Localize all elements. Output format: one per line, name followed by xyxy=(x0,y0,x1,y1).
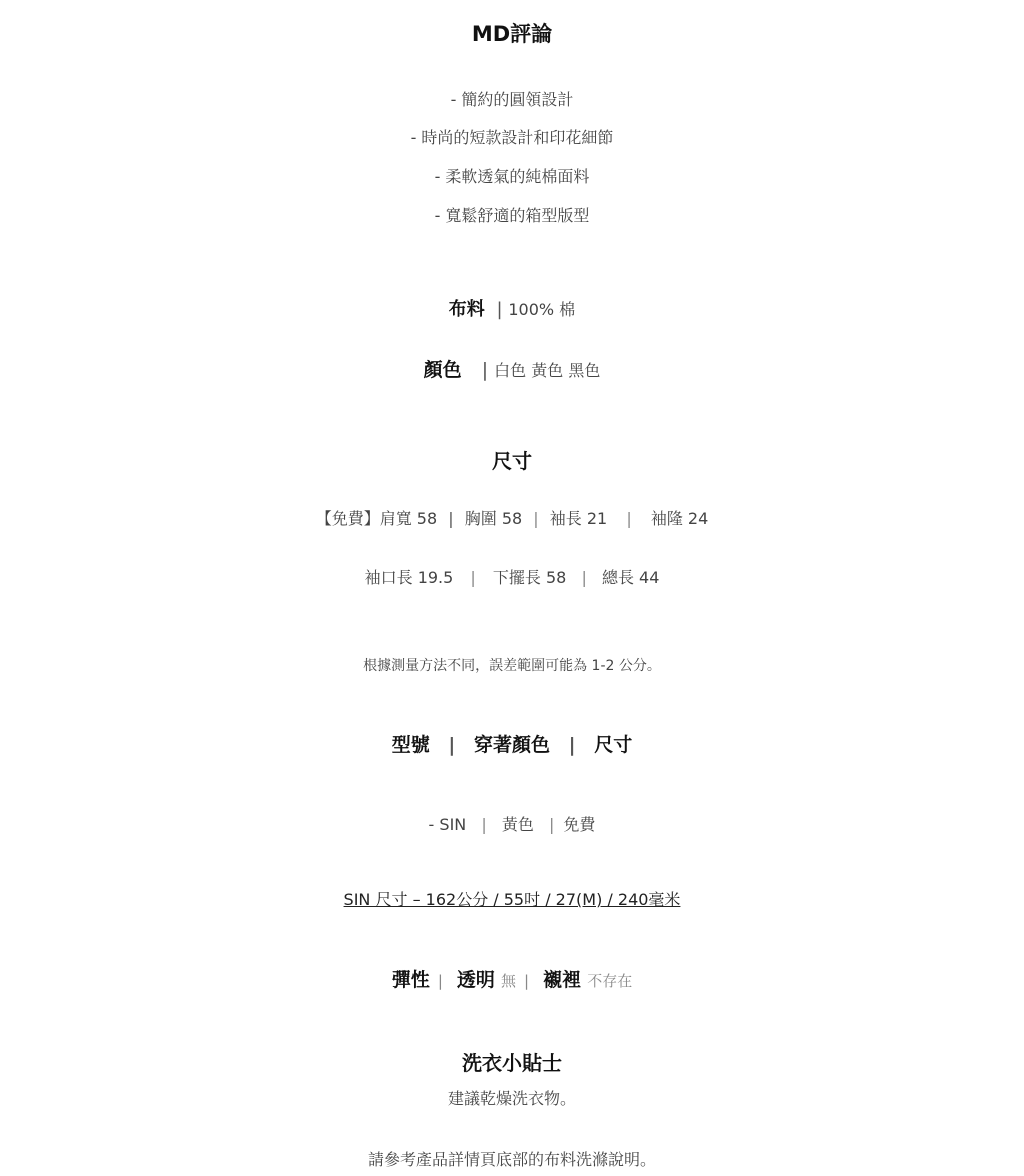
fabric-row: 布料 | 100% 棉 xyxy=(0,295,1024,321)
size-sleeve-length: 袖長 21 xyxy=(550,509,607,528)
separator: | xyxy=(497,299,503,320)
size-cuff: 袖口長 19.5 xyxy=(365,568,454,587)
md-review-point: - 寬鬆舒適的箱型版型 xyxy=(0,203,1024,226)
washing-note: 請參考產品詳情頁底部的布料洗滌說明。 xyxy=(0,1147,1024,1170)
separator: | xyxy=(569,734,576,756)
size-shoulder: 【免費】肩寬 58 xyxy=(316,509,437,528)
separator: | xyxy=(470,568,475,587)
md-review-title: MD評論 xyxy=(0,18,1024,48)
separator: | xyxy=(581,568,586,587)
separator: | xyxy=(524,972,529,990)
size-row-1: 【免費】肩寬 58 | 胸圍 58 | 袖長 21 | 袖隆 24 xyxy=(0,506,1024,529)
washing-title: 洗衣小貼士 xyxy=(0,1047,1024,1076)
size-total-length: 總長 44 xyxy=(602,568,659,587)
color-label: 顏色 xyxy=(424,359,462,381)
model-size: 免費 xyxy=(563,815,595,834)
lining-value: 不存在 xyxy=(587,972,632,990)
separator: | xyxy=(481,815,486,834)
fabric-label: 布料 xyxy=(449,299,485,320)
model-header-size: 尺寸 xyxy=(594,734,632,756)
color-value: 白色 黃色 黑色 xyxy=(494,361,600,380)
model-name: - SIN xyxy=(429,815,467,834)
elasticity-label: 彈性 xyxy=(392,969,430,991)
size-hem: 下擺長 58 xyxy=(493,568,566,587)
transparency-value: 無 xyxy=(501,972,516,990)
size-title: 尺寸 xyxy=(0,445,1024,474)
md-review-point: - 柔軟透氣的純棉面料 xyxy=(0,164,1024,187)
size-note: 根據測量方法不同，誤差範圍可能為 1-2 公分。 xyxy=(0,655,1024,675)
washing-tip: 建議乾燥洗衣物。 xyxy=(0,1086,1024,1109)
md-review-point: - 時尚的短款設計和印花細節 xyxy=(0,125,1024,148)
fabric-value: 100% 棉 xyxy=(508,300,575,319)
separator: | xyxy=(549,815,554,834)
size-chest: 胸圍 58 xyxy=(465,509,522,528)
separator: | xyxy=(626,509,631,528)
model-header-model: 型號 xyxy=(392,734,430,756)
model-row: - SIN | 黃色 | 免費 xyxy=(0,812,1024,835)
model-color: 黃色 xyxy=(502,815,534,834)
separator: | xyxy=(482,359,488,381)
separator: | xyxy=(448,734,455,756)
size-armhole: 袖隆 24 xyxy=(651,509,708,528)
model-info: SIN 尺寸 – 162公分 / 55吋 / 27(M) / 240毫米 xyxy=(0,887,1024,910)
md-review-point: - 簡約的圓領設計 xyxy=(0,87,1024,110)
separator: | xyxy=(533,509,538,528)
lining-label: 襯裡 xyxy=(543,969,581,991)
size-row-2: 袖口長 19.5 | 下擺長 58 | 總長 44 xyxy=(0,565,1024,588)
separator: | xyxy=(438,972,443,990)
transparency-label: 透明 xyxy=(457,969,495,991)
color-row: 顏色 | 白色 黃色 黑色 xyxy=(0,355,1024,382)
model-header: 型號 | 穿著顏色 | 尺寸 xyxy=(0,730,1024,757)
model-header-color: 穿著顏色 xyxy=(474,734,550,756)
properties-row: 彈性 | 透明 無 | 襯裡 不存在 xyxy=(0,965,1024,992)
separator: | xyxy=(448,509,453,528)
